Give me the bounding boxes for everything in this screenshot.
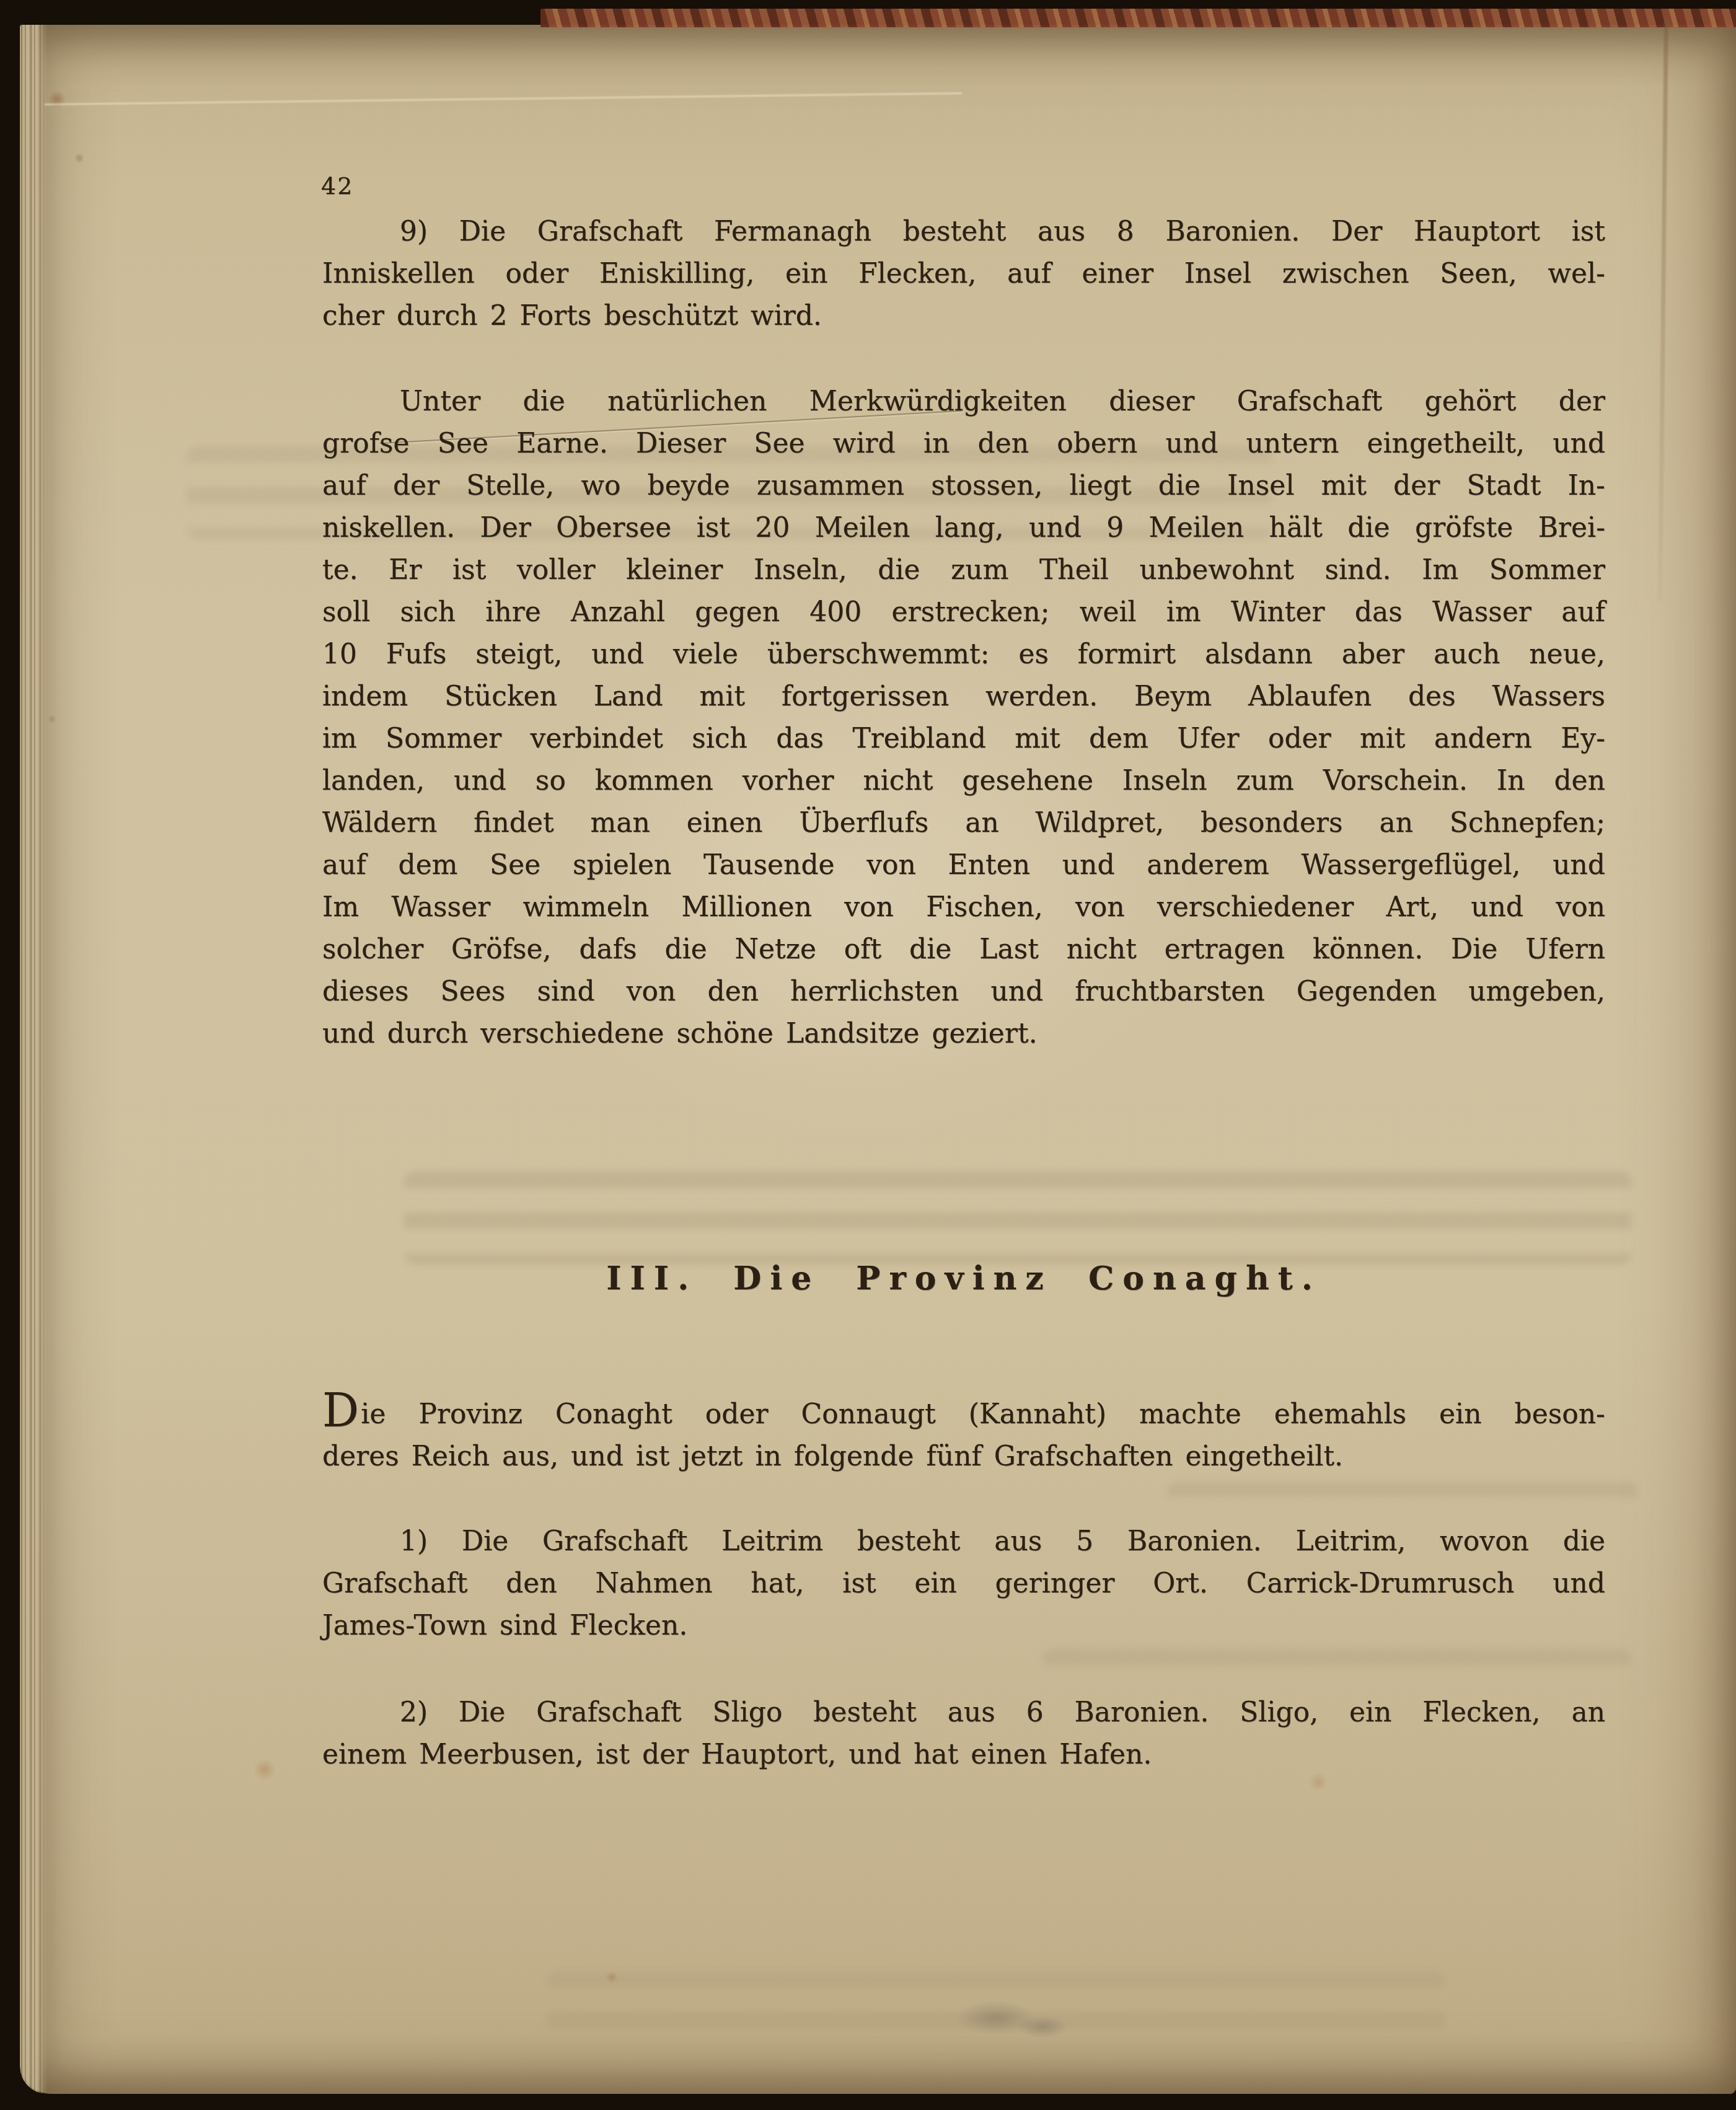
book-page: 42 9) Die Grafschaft Fermanagh besteht a… — [20, 25, 1736, 2094]
text-line: Die Provinz Conaght oder Connaugt (Kanna… — [322, 1393, 1605, 1436]
text-line: und durch verschiedene schöne Landsitze … — [322, 1013, 1605, 1055]
drop-initial: D — [322, 1384, 361, 1437]
paragraph-sligo: 2) Die Grafschaft Sligo besteht aus 6 Ba… — [322, 1692, 1605, 1776]
text-line: 2) Die Grafschaft Sligo besteht aus 6 Ba… — [322, 1692, 1605, 1734]
text-line: indem Stücken Land mit fortgerissen werd… — [322, 676, 1605, 718]
text-line: niskellen. Der Obersee ist 20 Meilen lan… — [322, 507, 1605, 549]
text-line: te. Er ist voller kleiner Inseln, die zu… — [322, 549, 1605, 591]
text-line: landen, und so kommen vorher nicht geseh… — [322, 760, 1605, 802]
text-line: 10 Fufs steigt, und viele überschwemmt: … — [322, 633, 1605, 676]
text-line: James-Town sind Flecken. — [322, 1605, 1605, 1647]
text-line: solcher Gröfse, dafs die Netze oft die L… — [322, 929, 1605, 971]
page-edge-stack — [20, 25, 47, 2094]
text-line: Unter die natürlichen Merkwürdigkeiten d… — [322, 381, 1605, 423]
text-line: einem Meerbusen, ist der Hauptort, und h… — [322, 1734, 1605, 1776]
section-heading: III. Die Provinz Conaght. — [322, 1260, 1605, 1297]
paragraph-fermanagh: 9) Die Grafschaft Fermanagh besteht aus … — [322, 211, 1605, 337]
paragraph-see-earne: Unter die natürlichen Merkwürdigkeiten d… — [322, 381, 1605, 1055]
text-line: 1) Die Grafschaft Leitrim besteht aus 5 … — [322, 1521, 1605, 1563]
text-line: im Sommer verbindet sich das Treibland m… — [322, 718, 1605, 760]
text-block: 9) Die Grafschaft Fermanagh besteht aus … — [322, 25, 1605, 2094]
text-line: cher durch 2 Forts beschützt wird. — [322, 295, 1605, 337]
text-line: Im Wasser wimmeln Millionen von Fischen,… — [322, 886, 1605, 929]
text-line: auf dem See spielen Tausende von Enten u… — [322, 844, 1605, 886]
paragraph-leitrim: 1) Die Grafschaft Leitrim besteht aus 5 … — [322, 1521, 1605, 1647]
text-line: grofse See Earne. Dieser See wird in den… — [322, 423, 1605, 465]
text-line: 9) Die Grafschaft Fermanagh besteht aus … — [322, 211, 1605, 253]
text-line: deres Reich aus, und ist jetzt in folgen… — [322, 1436, 1605, 1478]
text-line: Wäldern findet man einen Überflufs an Wi… — [322, 802, 1605, 844]
right-fold-line — [1658, 19, 1668, 601]
text-line: dieses Sees sind von den herrlichsten un… — [322, 971, 1605, 1013]
book-scan: 42 9) Die Grafschaft Fermanagh besteht a… — [0, 0, 1736, 2110]
text-line: Grafschaft den Nahmen hat, ist ein gerin… — [322, 1563, 1605, 1605]
text-line: auf der Stelle, wo beyde zusammen stosse… — [322, 465, 1605, 507]
text-line: soll sich ihre Anzahl gegen 400 erstreck… — [322, 591, 1605, 633]
paragraph-conaght-intro: Die Provinz Conaght oder Connaugt (Kanna… — [322, 1393, 1605, 1478]
text-line: Inniskellen oder Eniskilling, ein Flecke… — [322, 253, 1605, 295]
